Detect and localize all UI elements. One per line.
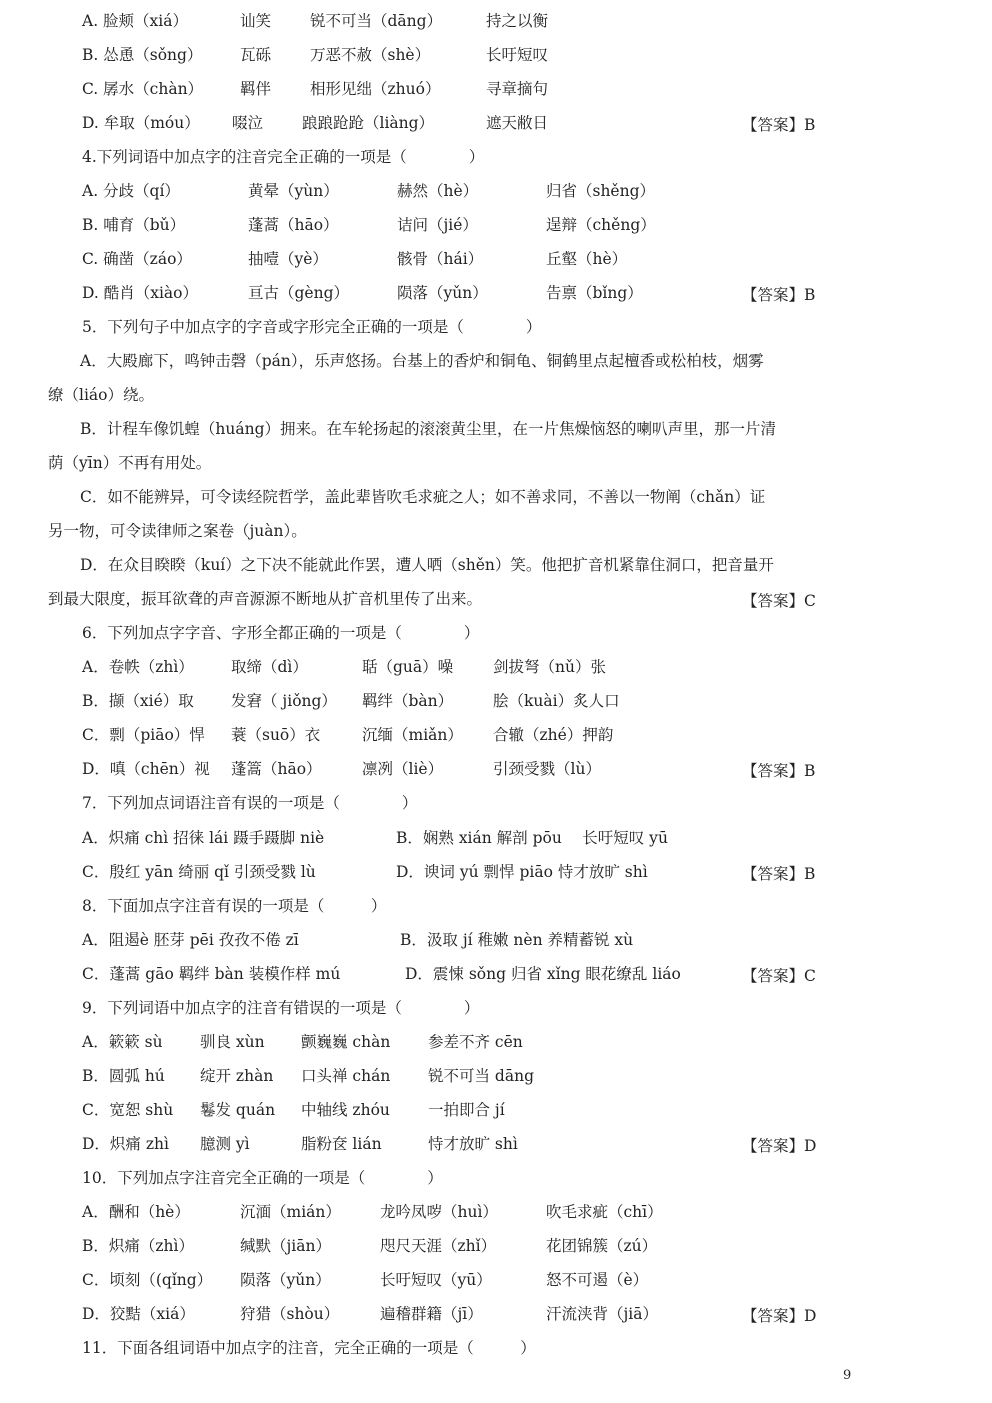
q6-b-4: 脍（kuài）炙人口	[493, 691, 620, 711]
q9-b-1: B．圆弧 hú	[82, 1066, 165, 1086]
q9-a-4: 参差不齐 cēn	[428, 1032, 523, 1052]
q5-c-line1: C．如不能辨异，可令读经院哲学，盖此辈皆吹毛求疵之人；如不善求同，不善以一物阐（…	[80, 488, 765, 506]
q5-option-c: C．如不能辨异，可令读经院哲学，盖此辈皆吹毛求疵之人；如不善求同，不善以一物阐（…	[48, 480, 858, 548]
q5-a-line1: A．大殿廊下，鸣钟击磬（pán），乐声悠扬。台基上的香炉和铜龟、铜鹤里点起檀香或…	[80, 352, 764, 370]
q3-c-3: 相形见绌（zhuó）	[310, 79, 440, 99]
q6-c-2: 蓑（suō）衣	[231, 725, 320, 745]
q4-c-3: 骸骨（hái）	[397, 249, 483, 269]
q3-c-2: 羁伴	[240, 79, 271, 99]
q6-c-1: C．剽（piāo）悍	[82, 725, 205, 745]
q10-c-1: C．顷刻（(qǐng）	[82, 1270, 212, 1290]
q10-a-2: 沉湎（mián）	[240, 1202, 341, 1222]
q8-stem: 8．下面加点字注音有误的一项是（ ）	[82, 896, 386, 916]
q4-b-4: 逞辩（chěng）	[546, 215, 656, 235]
q10-d-2: 狩猎（shòu）	[240, 1304, 339, 1324]
q6-d-2: 蓬篙（hāo）	[231, 759, 322, 779]
q10-b-2: 缄默（jiān）	[240, 1236, 331, 1256]
q9-d-1: D．炽痛 zhì	[82, 1134, 169, 1154]
q3-a-2: 讪笑	[240, 11, 271, 31]
q6-d-3: 凛冽（liè）	[362, 759, 443, 779]
q3-a-1: A. 脸颊（xiá）	[82, 11, 188, 31]
q4-c-1: C. 确凿（záo）	[82, 249, 192, 269]
q10-d-4: 汗流浃背（jiā）	[546, 1304, 658, 1324]
q9-c-1: C．宽恕 shù	[82, 1100, 173, 1120]
q4-b-2: 蓬蒿（hāo）	[248, 215, 339, 235]
q7-answer: 【答案】B	[742, 862, 815, 884]
q4-c-4: 丘壑（hè）	[546, 249, 627, 269]
q5-b-line1: B．计程车像饥蝗（huáng）拥来。在车轮扬起的滚滚黄尘里，在一片焦燥恼怒的喇叭…	[80, 420, 776, 438]
q3-b-1: B. 怂恿（sǒng）	[82, 45, 202, 65]
q10-a-1: A．酬和（hè）	[82, 1202, 190, 1222]
q3-c-1: C. 孱水（chàn）	[82, 79, 203, 99]
q6-c-4: 合辙（zhé）押韵	[493, 725, 613, 745]
q6-stem: 6．下列加点字字音、字形全都正确的一项是（ ）	[82, 623, 479, 643]
q4-d-1: D. 酷肖（xiào）	[82, 283, 198, 303]
q6-a-2: 取缔（dì）	[231, 657, 308, 677]
q10-c-4: 怒不可遏（è）	[546, 1270, 648, 1290]
q4-d-2: 亘古（gèng）	[248, 283, 349, 303]
q10-d-1: D．狡黠（xiá）	[82, 1304, 195, 1324]
q3-d-2: 啜泣	[232, 113, 263, 133]
q9-c-4: 一拍即合 jí	[428, 1100, 505, 1120]
q6-c-3: 沉缅（miǎn）	[362, 725, 463, 745]
q9-d-4: 恃才放旷 shì	[428, 1134, 518, 1154]
q5-option-a: A．大殿廊下，鸣钟击磬（pán），乐声悠扬。台基上的香炉和铜龟、铜鹤里点起檀香或…	[48, 344, 858, 412]
q6-d-4: 引颈受戮（lù）	[493, 759, 601, 779]
q5-d-line1: D．在众目睽睽（kuí）之下决不能就此作罢，遭人哂（shěn）笑。他把扩音机紧靠…	[80, 556, 774, 574]
q4-a-3: 赫然（hè）	[397, 181, 478, 201]
q10-d-3: 遍稽群籍（jī）	[380, 1304, 483, 1324]
q3-a-4: 持之以衡	[486, 11, 548, 31]
q8-option-d: D．震悚 sǒng 归省 xǐng 眼花缭乱 liáo	[405, 964, 681, 984]
q9-c-2: 鬈发 quán	[200, 1100, 275, 1120]
q6-a-4: 剑拔弩（nǔ）张	[493, 657, 606, 677]
q5-stem: 5．下列句子中加点字的字音或字形完全正确的一项是（ ）	[82, 317, 541, 337]
q8-option-b: B．汲取 jí 稚嫩 nèn 养精蓄锐 xù	[400, 930, 633, 950]
q6-b-2: 发窘（ jiǒng）	[231, 691, 337, 711]
q5-option-b: B．计程车像饥蝗（huáng）拥来。在车轮扬起的滚滚黄尘里，在一片焦燥恼怒的喇叭…	[48, 412, 858, 480]
q4-stem: 4.下列词语中加点字的注音完全正确的一项是（ ）	[82, 147, 484, 167]
q10-b-4: 花团锦簇（zú）	[546, 1236, 657, 1256]
q4-d-3: 陨落（yǔn）	[397, 283, 488, 303]
q3-b-3: 万恶不赦（shè）	[310, 45, 430, 65]
q9-b-2: 绽开 zhàn	[200, 1066, 273, 1086]
q5-answer: 【答案】C	[742, 589, 816, 611]
q10-answer: 【答案】D	[742, 1304, 816, 1326]
q3-answer: 【答案】B	[742, 113, 815, 135]
q8-option-c: C．蓬蒿 gāo 羁绊 bàn 装模作样 mú	[82, 964, 340, 984]
q6-d-1: D．嗔（chēn）视	[82, 759, 210, 779]
q3-d-1: D. 牟取（móu）	[82, 113, 200, 133]
q4-a-1: A. 分歧（qí）	[82, 181, 180, 201]
q3-a-3: 锐不可当（dāng）	[310, 11, 442, 31]
q5-option-d: D．在众目睽睽（kuí）之下决不能就此作罢，遭人哂（shěn）笑。他把扩音机紧靠…	[48, 548, 858, 616]
q4-a-2: 黄晕（yùn）	[248, 181, 339, 201]
q4-answer: 【答案】B	[742, 283, 815, 305]
q5-b-line2: 荫（yīn）不再有用处。	[48, 454, 211, 472]
q9-a-2: 驯良 xùn	[200, 1032, 265, 1052]
q9-d-2: 臆测 yì	[200, 1134, 250, 1154]
q9-a-3: 颤巍巍 chàn	[301, 1032, 390, 1052]
page-number: 9	[843, 1368, 851, 1383]
q3-b-2: 瓦砾	[240, 45, 271, 65]
q10-a-3: 龙吟凤哕（huì）	[380, 1202, 498, 1222]
q9-a-1: A．簌簌 sù	[82, 1032, 163, 1052]
q10-stem: 10．下列加点字注音完全正确的一项是（ ）	[82, 1168, 443, 1188]
q8-answer: 【答案】C	[742, 964, 816, 986]
q9-b-4: 锐不可当 dāng	[428, 1066, 534, 1086]
q3-b-4: 长吁短叹	[486, 45, 548, 65]
q9-stem: 9．下列词语中加点字的注音有错误的一项是（ ）	[82, 998, 479, 1018]
q8-option-a: A．阻遏è 胚芽 pēi 孜孜不倦 zī	[82, 930, 299, 950]
q5-a-line2: 缭（liáo）绕。	[48, 386, 154, 404]
q10-a-4: 吹毛求疵（chī）	[546, 1202, 663, 1222]
q10-b-3: 咫尺天涯（zhǐ）	[380, 1236, 496, 1256]
q7-stem: 7．下列加点词语注音有误的一项是（ ）	[82, 793, 417, 813]
q10-c-3: 长吁短叹（yū）	[380, 1270, 492, 1290]
q6-a-1: A．卷帙（zhì）	[82, 657, 194, 677]
q10-c-2: 陨落（yǔn）	[240, 1270, 331, 1290]
q5-c-line2: 另一物，可令读律师之案卷（juàn）。	[48, 522, 307, 540]
q7-option-d: D．谀词 yú 剽悍 piāo 恃才放旷 shì	[396, 862, 648, 882]
q9-b-3: 口头禅 chán	[301, 1066, 390, 1086]
q7-option-a: A．炽痛 chì 招徕 lái 蹑手蹑脚 niè	[82, 828, 324, 848]
q4-b-1: B. 哺育（bǔ）	[82, 215, 185, 235]
q4-a-4: 归省（shěng）	[546, 181, 655, 201]
q9-c-3: 中轴线 zhóu	[301, 1100, 390, 1120]
q6-answer: 【答案】B	[742, 759, 815, 781]
q7-option-c: C．殷红 yān 绮丽 qǐ 引颈受戮 lù	[82, 862, 316, 882]
q6-a-3: 聒（guā）噪	[362, 657, 453, 677]
q10-b-1: B．炽痛（zhì）	[82, 1236, 194, 1256]
q11-stem: 11．下面各组词语中加点字的注音，完全正确的一项是（ ）	[82, 1338, 536, 1358]
q4-c-2: 抽噎（yè）	[248, 249, 328, 269]
q6-b-1: B．撷（xié）取	[82, 691, 194, 711]
q5-d-line2: 到最大限度，振耳欲聋的声音源源不断地从扩音机里传了出来。	[48, 590, 482, 608]
q9-d-3: 脂粉奁 lián	[301, 1134, 382, 1154]
q4-d-4: 告禀（bǐng）	[546, 283, 643, 303]
q3-d-3: 踉踉跄跄（liàng）	[302, 113, 434, 133]
q7-option-b: B．娴熟 xián 解剖 pōu 长吁短叹 yū	[396, 828, 668, 848]
q4-b-3: 诘问（jié）	[397, 215, 478, 235]
q3-d-4: 遮天敝日	[486, 113, 548, 133]
q6-b-3: 羁绊（bàn）	[362, 691, 453, 711]
q3-c-4: 寻章摘句	[486, 79, 548, 99]
q9-answer: 【答案】D	[742, 1134, 816, 1156]
